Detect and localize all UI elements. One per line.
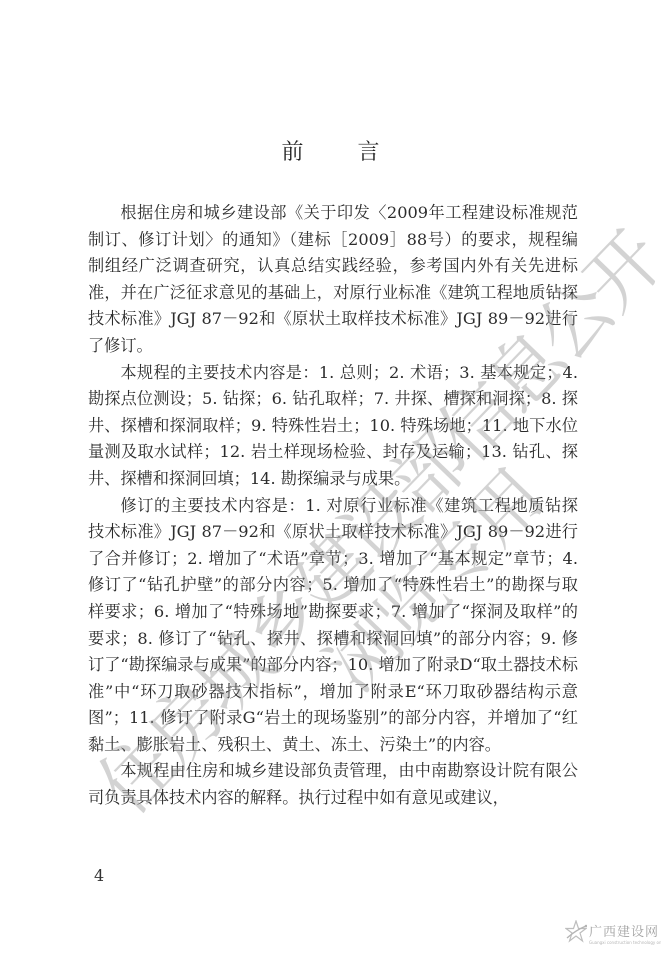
paragraph-revision-contents: 修订的主要技术内容是：1. 对原行业标准《建筑工程地质钻探技术标准》JGJ 87…: [88, 493, 578, 759]
star-swoosh-icon: [565, 920, 587, 944]
paragraph-revision-basis: 根据住房和城乡建设部《关于印发〈2009年工程建设标准规范制订、修订计划〉的通知…: [88, 200, 578, 360]
paragraph-main-contents: 本规程的主要技术内容是：1. 总则；2. 术语；3. 基本规定；4. 勘探点位测…: [88, 360, 578, 493]
site-logo: 广西建设网 Guangxi construction technology on…: [565, 918, 661, 958]
paragraph-management: 本规程由住房和城乡建设部负责管理，由中南勘察设计院有限公司负责具体技术内容的解释…: [88, 758, 578, 811]
page-title: 前言: [0, 135, 661, 166]
body-text: 根据住房和城乡建设部《关于印发〈2009年工程建设标准规范制订、修订计划〉的通知…: [88, 200, 578, 812]
logo-subtitle: Guangxi construction technology online: [589, 940, 661, 945]
page-number: 4: [94, 866, 104, 885]
title-char-2: 言: [358, 135, 380, 166]
logo-name: 广西建设网: [589, 921, 659, 940]
document-page: 前言 根据住房和城乡建设部《关于印发〈2009年工程建设标准规范制订、修订计划〉…: [0, 0, 661, 958]
title-char-1: 前: [281, 135, 303, 166]
